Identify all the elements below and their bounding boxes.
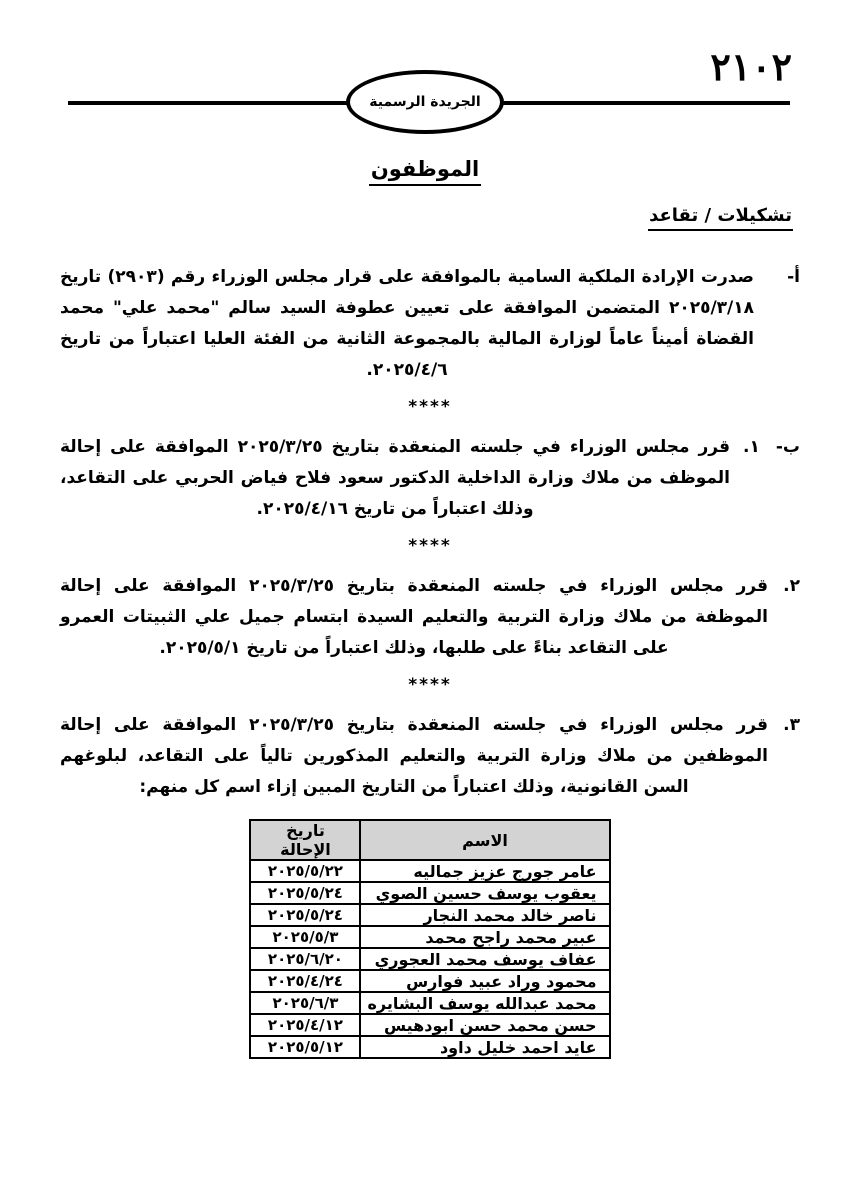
gazette-banner-title: الجريدة الرسمية: [369, 94, 480, 110]
section-subtitle-wrap: تشكيلات / تقاعد: [648, 205, 793, 226]
paragraph-text: قرر مجلس الوزراء في جلسته المنعقدة بتاري…: [60, 571, 768, 664]
retiree-name: يعقوب يوسف حسين الصوي: [360, 882, 609, 904]
decree-paragraph-a: أ- صدرت الإرادة الملكية السامية بالموافق…: [60, 262, 800, 386]
table-header-date: تاريخ الإحالة: [250, 820, 360, 860]
paragraph-marker: ٣.: [768, 710, 800, 803]
referral-date: ٢٠٢٥/٥/١٢: [250, 1036, 360, 1058]
retiree-name: ناصر خالد محمد النجار: [360, 904, 609, 926]
table-row: عايد احمد خليل داود ٢٠٢٥/٥/١٢: [250, 1036, 609, 1058]
decree-paragraph-3: ٣. قرر مجلس الوزراء في جلسته المنعقدة بت…: [60, 710, 800, 803]
referral-date: ٢٠٢٥/٥/٢٢: [250, 860, 360, 882]
paragraph-letter: أ-: [787, 262, 800, 386]
paragraph-marker: ٢.: [768, 571, 800, 664]
paragraph-text: قرر مجلس الوزراء في جلسته المنعقدة بتاري…: [60, 432, 730, 525]
retiree-name: عبير محمد راجح محمد: [360, 926, 609, 948]
referral-date: ٢٠٢٥/٤/١٢: [250, 1014, 360, 1036]
decree-paragraph-b1: ب- ١. قرر مجلس الوزراء في جلسته المنعقدة…: [60, 432, 800, 525]
paragraph-text: قرر مجلس الوزراء في جلسته المنعقدة بتاري…: [60, 710, 768, 803]
table-row: عامر جورج عزيز جماليه ٢٠٢٥/٥/٢٢: [250, 860, 609, 882]
referral-date: ٢٠٢٥/٦/٣: [250, 992, 360, 1014]
retiree-name: حسن محمد حسن ابودهيس: [360, 1014, 609, 1036]
paragraph-letter: ب-: [776, 432, 800, 525]
table-row: ناصر خالد محمد النجار ٢٠٢٥/٥/٢٤: [250, 904, 609, 926]
paragraph-marker: ب- ١.: [730, 432, 800, 525]
referral-date: ٢٠٢٥/٥/٣: [250, 926, 360, 948]
table-header-name: الاسم: [360, 820, 609, 860]
retiree-name: عفاف يوسف محمد العجوري: [360, 948, 609, 970]
stars-separator: ****: [60, 675, 800, 695]
retiree-name: عامر جورج عزيز جماليه: [360, 860, 609, 882]
referral-date: ٢٠٢٥/٥/٢٤: [250, 882, 360, 904]
table-row: محمد عبدالله يوسف البشايره ٢٠٢٥/٦/٣: [250, 992, 609, 1014]
table-row: يعقوب يوسف حسين الصوي ٢٠٢٥/٥/٢٤: [250, 882, 609, 904]
table-header-row: الاسم تاريخ الإحالة: [250, 820, 609, 860]
retirees-table: الاسم تاريخ الإحالة عامر جورج عزيز جمالي…: [249, 819, 610, 1059]
paragraph-marker: أ-: [754, 262, 800, 386]
gazette-banner-ellipse: الجريدة الرسمية: [346, 70, 504, 134]
referral-date: ٢٠٢٥/٦/٢٠: [250, 948, 360, 970]
section-subtitle: تشكيلات / تقاعد: [648, 205, 793, 231]
paragraph-number: ١.: [743, 432, 760, 525]
referral-date: ٢٠٢٥/٤/٢٤: [250, 970, 360, 992]
decree-paragraph-2: ٢. قرر مجلس الوزراء في جلسته المنعقدة بت…: [60, 571, 800, 664]
page-number: ٢١٠٢: [710, 48, 792, 86]
paragraph-number: ٣.: [783, 710, 800, 803]
retiree-name: محمود وراد عبيد فوارس: [360, 970, 609, 992]
retiree-name: محمد عبدالله يوسف البشايره: [360, 992, 609, 1014]
page-content: أ- صدرت الإرادة الملكية السامية بالموافق…: [60, 262, 800, 1059]
stars-separator: ****: [60, 397, 800, 417]
paragraph-text: صدرت الإرادة الملكية السامية بالموافقة ع…: [60, 262, 754, 386]
retiree-name: عايد احمد خليل داود: [360, 1036, 609, 1058]
section-title-wrap: الموظفون: [0, 157, 850, 181]
gazette-page: ٢١٠٢ الجريدة الرسمية الموظفون تشكيلات / …: [0, 0, 850, 1192]
table-row: حسن محمد حسن ابودهيس ٢٠٢٥/٤/١٢: [250, 1014, 609, 1036]
table-row: محمود وراد عبيد فوارس ٢٠٢٥/٤/٢٤: [250, 970, 609, 992]
section-title: الموظفون: [369, 157, 481, 186]
paragraph-number: ٢.: [783, 571, 800, 664]
table-row: عبير محمد راجح محمد ٢٠٢٥/٥/٣: [250, 926, 609, 948]
referral-date: ٢٠٢٥/٥/٢٤: [250, 904, 360, 926]
table-row: عفاف يوسف محمد العجوري ٢٠٢٥/٦/٢٠: [250, 948, 609, 970]
stars-separator: ****: [60, 536, 800, 556]
